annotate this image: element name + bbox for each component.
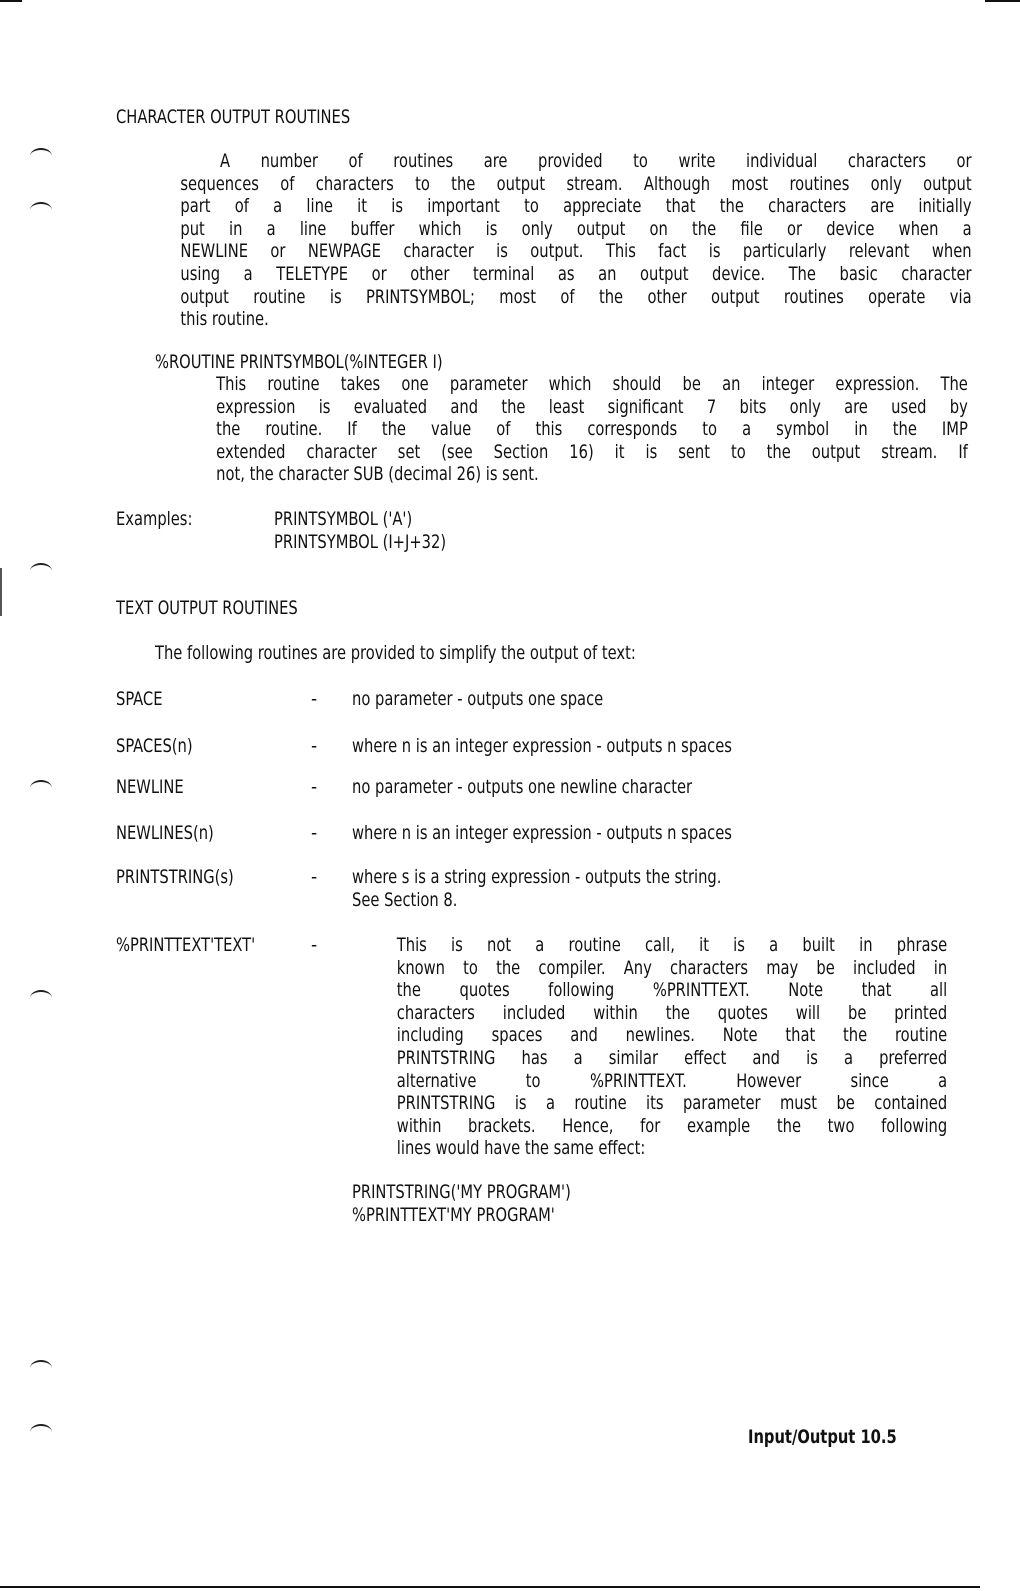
paragraph-line: within brackets. Hence, for example the …: [397, 1115, 947, 1138]
routine-name-newline: NEWLINE: [116, 776, 184, 799]
routine-signature: %ROUTINE PRINTSYMBOL(%INTEGER I): [155, 351, 443, 374]
code-example: PRINTSYMBOL (I+J+32): [274, 531, 446, 554]
paragraph-line: A number of routines are provided to wri…: [180, 150, 971, 173]
paragraph-line: lines would have the same effect:: [397, 1137, 947, 1160]
printtext-description: This is not a routine call, it is a buil…: [397, 934, 947, 1160]
paragraph-line: part of a line it is important to apprec…: [180, 195, 971, 218]
paragraph-line: alternative to %PRINTTEXT. However since…: [397, 1070, 947, 1093]
paragraph-line: put in a line buffer which is only outpu…: [180, 218, 971, 241]
routine-desc: where s is a string expression - outputs…: [352, 866, 721, 889]
paragraph-line: sequences of characters to the output st…: [180, 173, 971, 196]
top-left-edge-line: [0, 0, 22, 2]
section-heading: TEXT OUTPUT ROUTINES: [116, 597, 298, 620]
list-dash: -: [311, 776, 317, 799]
code-example: PRINTSTRING('MY PROGRAM'): [352, 1181, 571, 1204]
routine-desc: no parameter - outputs one space: [352, 688, 603, 711]
paragraph-line: including spaces and newlines. Note that…: [397, 1024, 947, 1047]
left-edge-mark: [0, 568, 2, 616]
routine-name-printstring: PRINTSTRING(s): [116, 866, 234, 889]
paragraph-line: This is not a routine call, it is a buil…: [397, 934, 947, 957]
paragraph-line: extended character set (see Section 16) …: [216, 441, 968, 464]
paragraph-line: output routine is PRINTSYMBOL; most of t…: [180, 286, 971, 309]
list-dash: -: [311, 866, 317, 889]
binder-hole-mark: [30, 1360, 52, 1376]
bottom-edge-line: [0, 1586, 980, 1588]
intro-paragraph: A number of routines are provided to wri…: [180, 150, 971, 331]
list-dash: -: [311, 822, 317, 845]
paragraph-line: not, the character SUB (decimal 26) is s…: [216, 463, 968, 486]
routine-name-space: SPACE: [116, 688, 162, 711]
list-dash: -: [311, 735, 317, 758]
binder-hole-mark: [30, 202, 52, 218]
document-page: CHARACTER OUTPUT ROUTINES A number of ro…: [0, 0, 1020, 1591]
top-right-edge-line: [985, 0, 1020, 2]
paragraph-line: the quotes following %PRINTTEXT. Note th…: [397, 979, 947, 1002]
paragraph-line: PRINTSTRING is a routine its parameter m…: [397, 1092, 947, 1115]
section-intro: The following routines are provided to s…: [155, 642, 636, 665]
routine-desc: See Section 8.: [352, 889, 457, 912]
paragraph-line: This routine takes one parameter which s…: [216, 373, 968, 396]
list-dash: -: [311, 934, 317, 957]
paragraph-line: expression is evaluated and the least si…: [216, 396, 968, 419]
routine-description: This routine takes one parameter which s…: [216, 373, 968, 486]
routine-desc: where n is an integer expression - outpu…: [352, 822, 732, 845]
list-dash: -: [311, 688, 317, 711]
section-heading: CHARACTER OUTPUT ROUTINES: [116, 106, 350, 129]
routine-name-spaces: SPACES(n): [116, 735, 193, 758]
routine-desc: no parameter - outputs one newline chara…: [352, 776, 692, 799]
code-example: PRINTSYMBOL ('A'): [274, 508, 412, 531]
paragraph-line: known to the compiler. Any characters ma…: [397, 957, 947, 980]
paragraph-line: NEWLINE or NEWPAGE character is output. …: [180, 240, 971, 263]
paragraph-line: the routine. If the value of this corres…: [216, 418, 968, 441]
binder-hole-mark: [30, 148, 52, 164]
routine-name-newlines: NEWLINES(n): [116, 822, 214, 845]
paragraph-line: PRINTSTRING has a similar effect and is …: [397, 1047, 947, 1070]
binder-hole-mark: [30, 563, 52, 579]
page-footer: Input/Output 10.5: [748, 1426, 897, 1449]
binder-hole-mark: [30, 780, 52, 796]
paragraph-line: this routine.: [180, 308, 971, 331]
paragraph-line: using a TELETYPE or other terminal as an…: [180, 263, 971, 286]
examples-label: Examples:: [116, 508, 192, 531]
paragraph-line: characters included within the quotes wi…: [397, 1002, 947, 1025]
binder-hole-mark: [30, 990, 52, 1006]
routine-desc: where n is an integer expression - outpu…: [352, 735, 732, 758]
binder-hole-mark: [30, 1424, 52, 1440]
code-example: %PRINTTEXT'MY PROGRAM': [352, 1204, 555, 1227]
routine-name-printtext: %PRINTTEXT'TEXT': [116, 934, 255, 957]
